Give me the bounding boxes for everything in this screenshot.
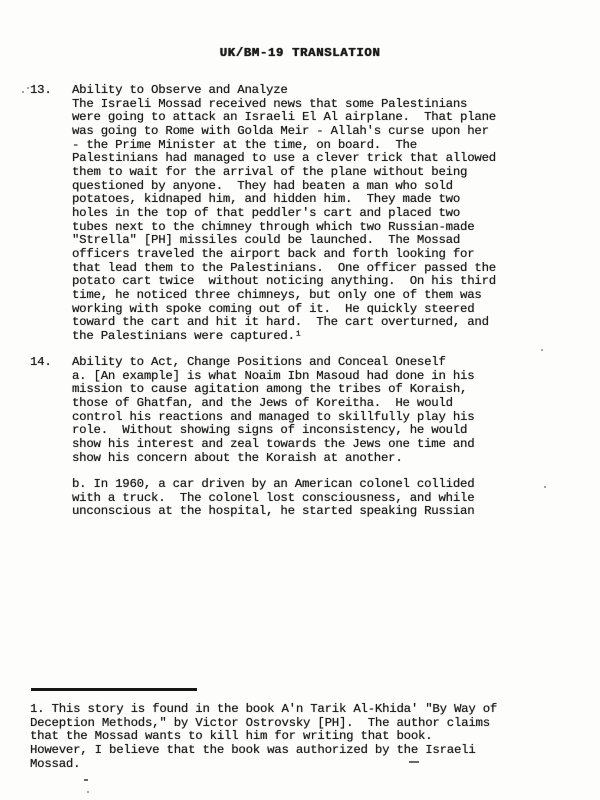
paragraph-text: Ability to Act, Change Positions and Con…: [72, 356, 474, 465]
scan-artifact: [27, 87, 29, 89]
scan-artifact: [409, 761, 419, 763]
paragraph-number: [30, 478, 72, 519]
paragraph-text: b. In 1960, a car driven by an American …: [72, 478, 474, 519]
paragraph-13: 13. Ability to Observe and Analyze The I…: [30, 84, 496, 343]
paragraph-number: 13.: [30, 84, 72, 343]
scan-artifact: [544, 486, 546, 488]
scan-artifact: [541, 349, 543, 351]
scan-artifact: [87, 791, 89, 793]
scan-artifact: [22, 91, 24, 93]
paragraph-text: Ability to Observe and Analyze The Israe…: [72, 84, 496, 343]
paragraph-14: 14. Ability to Act, Change Positions and…: [30, 356, 474, 465]
paragraph-14b: b. In 1960, a car driven by an American …: [30, 478, 474, 519]
scan-artifact: [84, 779, 88, 781]
document-title: UK/BM-19 TRANSLATION: [0, 46, 600, 60]
document-page: UK/BM-19 TRANSLATION 13. Ability to Obse…: [0, 0, 600, 800]
paragraph-number: 14.: [30, 356, 72, 465]
footnote-text: 1. This story is found in the book A'n T…: [30, 703, 497, 771]
footnote-divider: [31, 688, 197, 691]
